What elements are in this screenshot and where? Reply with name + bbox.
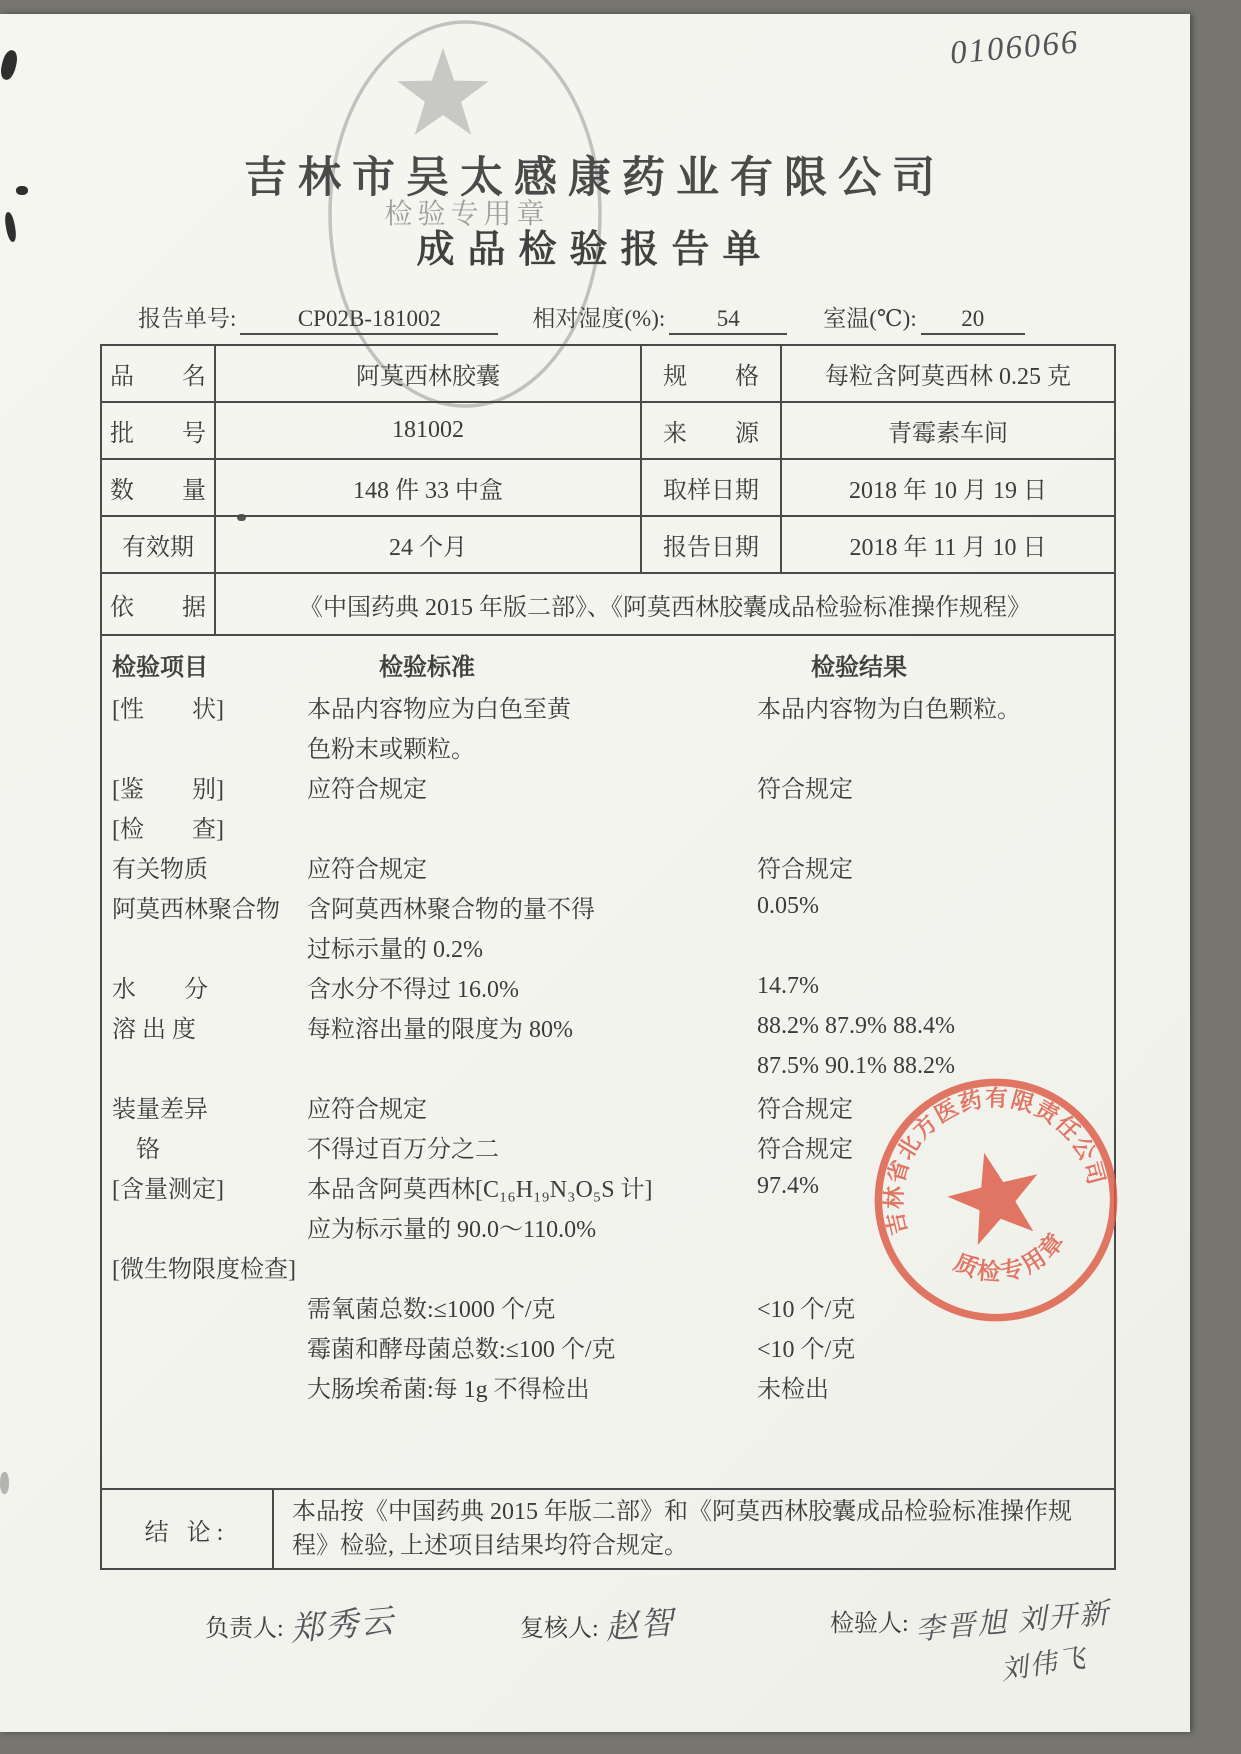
inspection-item: [检 查]: [112, 809, 307, 844]
inspection-header-item: 检验项目: [112, 647, 307, 682]
inspection-standard: 应为标示量的 90.0～110.0%: [307, 1209, 757, 1244]
inspector-label: 检验人:: [830, 1611, 909, 1637]
inspection-row: 溶 出 度每粒溶出量的限度为 80%88.2% 87.9% 88.4%: [102, 1006, 1114, 1046]
star-icon: [397, 48, 488, 135]
inspection-item: [含量测定]: [112, 1169, 307, 1204]
info-label: 取样日期: [642, 460, 782, 517]
inspection-row: 有关物质应符合规定符合规定: [102, 846, 1114, 886]
info-label: 规 格: [642, 346, 782, 403]
inspection-standard: 霉菌和酵母菌总数:≤100 个/克: [307, 1329, 757, 1364]
info-table-row: 批 号181002来 源青霉素车间: [102, 403, 1114, 460]
inspection-item: [性 状]: [112, 689, 307, 724]
scan-speck: [0, 1472, 9, 1494]
inspection-result: 符合规定: [757, 769, 1114, 804]
inspection-standard: 应符合规定: [307, 1089, 757, 1124]
inspection-row: 色粉末或颗粒。: [102, 726, 1114, 766]
report-page: 0106066 检验专用章 吉林市吴太感康药业有限公司 成品检验报告单 报告单号…: [0, 14, 1190, 1732]
info-table-row: 数 量148 件 33 中盒取样日期2018 年 10 月 19 日: [102, 460, 1114, 517]
report-no-value: CP02B-181002: [240, 306, 498, 335]
reviewer-signature: 赵智: [603, 1596, 677, 1649]
basis-label: 依 据: [102, 574, 216, 634]
info-value: 181002: [216, 403, 642, 460]
inspection-item: 装量差异: [112, 1089, 307, 1124]
responsible-signature-group: 负责人: 郑秀云: [205, 1599, 395, 1646]
inspection-result: 本品内容物为白色颗粒。: [757, 689, 1114, 724]
report-no-label: 报告单号:: [138, 300, 236, 333]
responsible-label: 负责人:: [205, 1616, 284, 1642]
reviewer-label: 复核人:: [520, 1616, 599, 1642]
conclusion-label: 结 论:: [102, 1490, 274, 1568]
inspection-item: 溶 出 度: [112, 1009, 307, 1044]
report-meta-line: 报告单号: CP02B-181002 相对湿度(%): 54 室温(℃): 20: [138, 300, 1178, 335]
star-icon: [939, 1142, 1050, 1250]
info-label: 报告日期: [642, 517, 782, 574]
conclusion-row: 结 论: 本品按《中国药典 2015 年版二部》和《阿莫西林胶囊成品检验标准操作…: [102, 1488, 1114, 1568]
info-value: 24 个月: [216, 517, 642, 574]
inspection-standard: 每粒溶出量的限度为 80%: [307, 1009, 757, 1044]
inspection-standard: 应符合规定: [307, 849, 757, 884]
humidity-label: 相对湿度(%):: [532, 300, 665, 333]
conclusion-text: 本品按《中国药典 2015 年版二部》和《阿莫西林胶囊成品检验标准操作规程》检验…: [274, 1490, 1114, 1568]
inspection-result: 88.2% 87.9% 88.4%: [757, 1013, 1114, 1040]
basis-value: 《中国药典 2015 年版二部》、《阿莫西林胶囊成品检验标准操作规程》: [216, 574, 1114, 634]
inspection-standard: 大肠埃希菌:每 1g 不得检出: [307, 1369, 757, 1404]
info-value: 青霉素车间: [782, 403, 1114, 460]
scan-speck: [0, 49, 19, 81]
inspection-item: [鉴 别]: [112, 769, 307, 804]
inspection-standard: 不得过百万分之二: [307, 1129, 757, 1164]
info-label: 有效期: [102, 517, 216, 574]
report-table: 品 名阿莫西林胶囊规 格每粒含阿莫西林 0.25 克批 号181002来 源青霉…: [100, 344, 1116, 1570]
inspection-item: 阿莫西林聚合物: [112, 889, 307, 924]
info-table-row: 有效期24 个月报告日期2018 年 11 月 10 日: [102, 517, 1114, 574]
inspection-row: 过标示量的 0.2%: [102, 926, 1114, 966]
handwritten-doc-number: 0106066: [949, 24, 1081, 72]
room-temp-label: 室温(℃):: [823, 300, 916, 333]
info-value: 148 件 33 中盒: [216, 460, 642, 517]
info-value: 阿莫西林胶囊: [216, 346, 642, 403]
inspection-standard: 需氧菌总数:≤1000 个/克: [307, 1289, 757, 1324]
room-temp-value: 20: [921, 306, 1025, 335]
info-label: 品 名: [102, 346, 216, 403]
inspection-row: [检 查]: [102, 806, 1114, 846]
info-label: 来 源: [642, 403, 782, 460]
inspection-item: [微生物限度检查]: [112, 1249, 307, 1284]
inspection-standard: 本品含阿莫西林[C₁₆H₁₉N₃O₅S 计]: [307, 1169, 757, 1204]
inspection-section: 检验项目 检验标准 检验结果 [性 状]本品内容物应为白色至黄本品内容物为白色颗…: [102, 636, 1114, 1488]
inspection-row: [性 状]本品内容物应为白色至黄本品内容物为白色颗粒。: [102, 686, 1114, 726]
inspection-standard: 含水分不得过 16.0%: [307, 969, 757, 1004]
info-table-row: 品 名阿莫西林胶囊规 格每粒含阿莫西林 0.25 克: [102, 346, 1114, 403]
info-label: 数 量: [102, 460, 216, 517]
inspection-row: 阿莫西林聚合物含阿莫西林聚合物的量不得0.05%: [102, 886, 1114, 926]
inspection-row: [鉴 别]应符合规定符合规定: [102, 766, 1114, 806]
responsible-signature: 郑秀云: [288, 1595, 397, 1651]
inspection-item: 有关物质: [112, 849, 307, 884]
info-table: 品 名阿莫西林胶囊规 格每粒含阿莫西林 0.25 克批 号181002来 源青霉…: [102, 346, 1114, 574]
inspection-result: 符合规定: [757, 849, 1114, 884]
info-label: 批 号: [102, 403, 216, 460]
inspection-standard: 含阿莫西林聚合物的量不得: [307, 889, 757, 924]
inspection-item: 铬: [112, 1129, 307, 1164]
inspection-header-standard: 检验标准: [307, 647, 757, 682]
info-value: 2018 年 11 月 10 日: [782, 517, 1114, 574]
inspection-result: 14.7%: [757, 973, 1114, 1000]
basis-row: 依 据 《中国药典 2015 年版二部》、《阿莫西林胶囊成品检验标准操作规程》: [102, 574, 1114, 636]
humidity-value: 54: [669, 306, 787, 335]
info-value: 每粒含阿莫西林 0.25 克: [782, 346, 1114, 403]
inspection-standard: 过标示量的 0.2%: [307, 929, 757, 964]
inspection-row: 水 分含水分不得过 16.0%14.7%: [102, 966, 1114, 1006]
inspection-row: 大肠埃希菌:每 1g 不得检出未检出: [102, 1366, 1114, 1406]
info-value: 2018 年 10 月 19 日: [782, 460, 1114, 517]
inspection-header: 检验项目 检验标准 检验结果: [102, 642, 1114, 686]
svg-text:质检专用章: 质检专用章: [945, 1222, 1078, 1299]
inspection-result: 0.05%: [757, 893, 1114, 920]
reviewer-signature-group: 复核人: 赵智: [520, 1599, 675, 1646]
inspection-standard: 本品内容物应为白色至黄: [307, 689, 757, 724]
inspection-item: 水 分: [112, 969, 307, 1004]
inspection-standard: 色粉末或颗粒。: [307, 729, 757, 764]
inspector-signature-group: 检验人: 李晋旭 刘开新: [830, 1599, 1110, 1640]
inspection-result: 未检出: [757, 1369, 1114, 1404]
company-title: 吉林市吴太感康药业有限公司: [0, 144, 1190, 205]
inspector-signature-2: 刘伟飞: [1000, 1642, 1087, 1681]
inspection-header-result: 检验结果: [757, 647, 1114, 682]
inspection-standard: 应符合规定: [307, 769, 757, 804]
red-stamp-bottom-text: 质检专用章: [945, 1222, 1078, 1299]
report-title: 成品检验报告单: [0, 218, 1190, 273]
